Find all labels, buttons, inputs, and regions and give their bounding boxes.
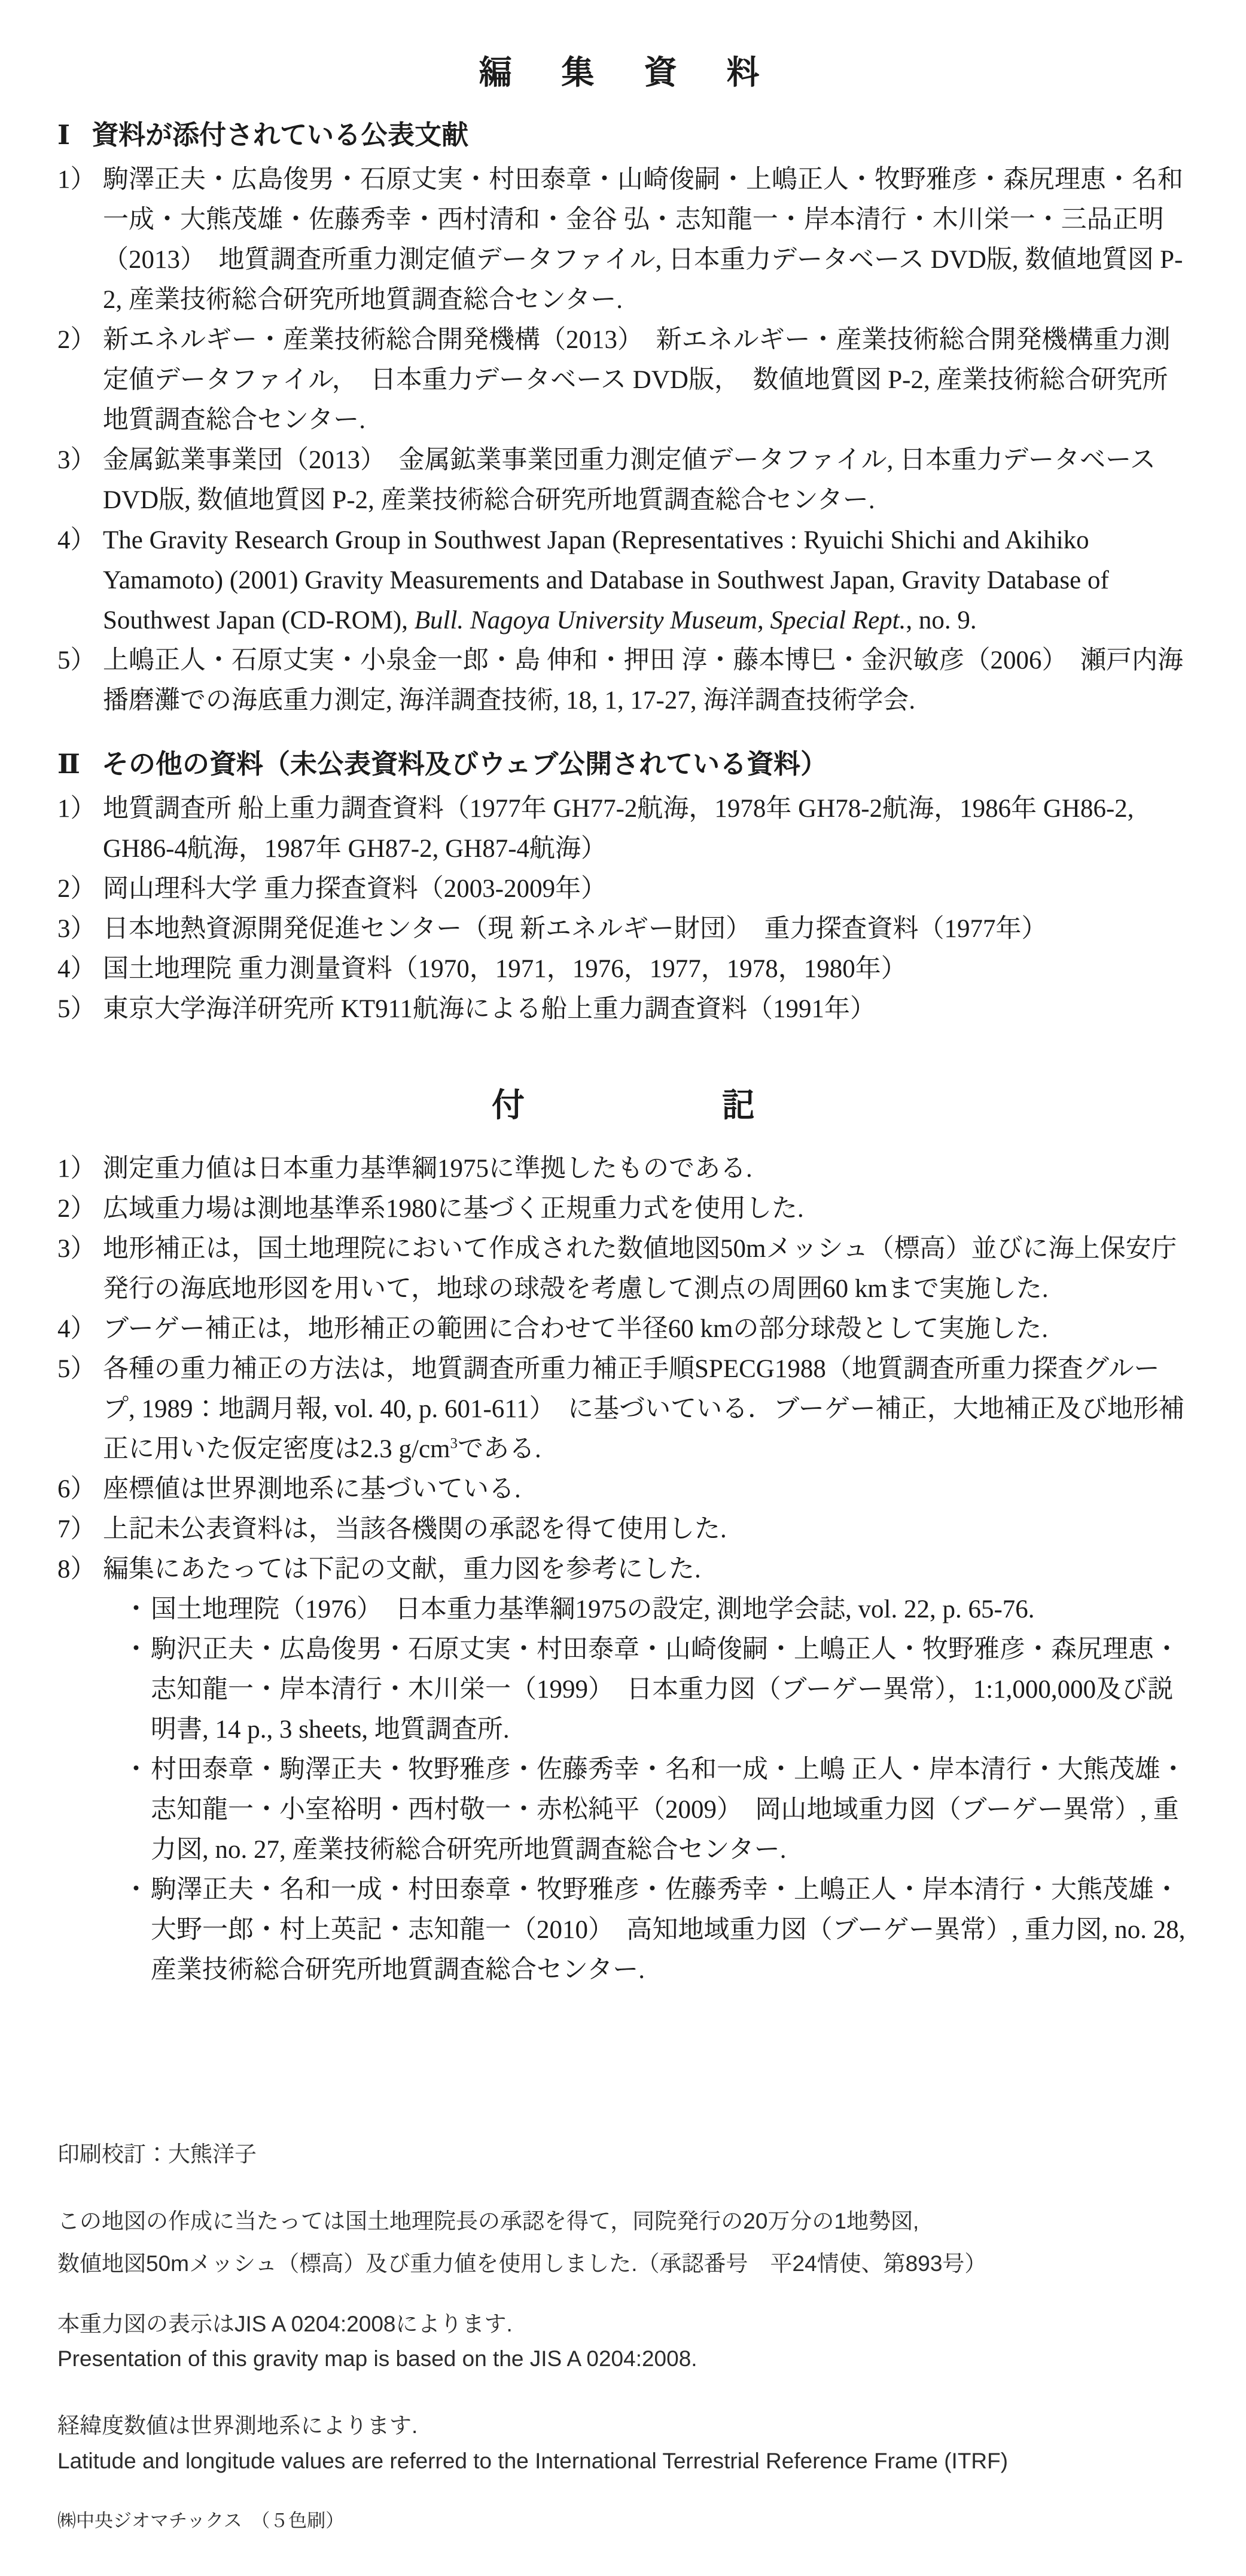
item-text: 岡山理科大学 重力探査資料（2003-2009年） [103, 875, 607, 903]
cited-reference-item: ・村田泰章・駒澤正夫・牧野雅彦・佐藤秀幸・名和一成・上嶋 正人・岸本清行・大熊茂… [123, 1750, 1189, 1870]
section2-heading: Ⅱその他の資料（未公表資料及びウェブ公開されている資料） [57, 748, 1189, 780]
item-text: 東京大学海洋研究所 KT911航海による船上重力調査資料（1991年） [103, 995, 876, 1023]
reference-item: 5）上嶋正人・石原丈実・小泉金一郎・島 伸和・押田 淳・藤本博巳・金沢敏彦（20… [57, 640, 1189, 721]
section-published-references: Ⅰ資料が添付されている公表文献 1）駒澤正夫・広島俊男・石原丈実・村田泰章・山崎… [57, 119, 1189, 721]
item-text: 国土地理院（1976） 日本重力基準綱1975の設定, 測地学会誌, vol. … [151, 1595, 1035, 1623]
item-text: 座標値は世界測地系に基づいている. [103, 1475, 521, 1503]
page-content: 編 集 資 料 Ⅰ資料が添付されている公表文献 1）駒澤正夫・広島俊男・石原丈実… [0, 0, 1246, 1990]
jis-note-japanese: 本重力図の表示はJIS A 0204:2008によります. [57, 2311, 1210, 2338]
item-marker: 5） [57, 989, 96, 1029]
note-item: 4）ブーゲー補正は，地形補正の範囲に合わせて半径60 kmの部分球殻として実施し… [57, 1309, 1189, 1349]
item-marker: ・ [123, 1750, 149, 1790]
proofreader-line: 印刷校訂：大熊洋子 [57, 2141, 1210, 2168]
note-item: 8）編集にあたっては下記の文献，重力図を参考にした. [57, 1549, 1189, 1589]
item-text: 日本地熱資源開発促進センター（現 新エネルギー財団） 重力探査資料（1977年） [103, 915, 1047, 943]
item-text: ブーゲー補正は，地形補正の範囲に合わせて半径60 kmの部分球殻として実施した. [103, 1315, 1048, 1343]
item-marker: 2） [57, 320, 96, 360]
note-item: 7）上記未公表資料は，当該各機関の承認を得て使用した. [57, 1509, 1189, 1549]
item-marker: 5） [57, 640, 96, 680]
appendix-title: 付 記 [57, 1086, 1189, 1124]
item-marker: 1） [57, 789, 96, 829]
item-text: 編集にあたっては下記の文献，重力図を参考にした. [103, 1555, 701, 1583]
item-marker: 6） [57, 1469, 96, 1509]
item-text: 新エネルギー・産業技術総合開発機構（2013） 新エネルギー・産業技術総合開発機… [103, 326, 1171, 434]
page-title: 編 集 資 料 [57, 54, 1189, 91]
item-marker: 5） [57, 1349, 96, 1389]
item-text: 地形補正は，国土地理院において作成された数値地図50mメッシュ（標高）並びに海上… [103, 1235, 1177, 1303]
item-text: 広域重力場は測地基準系1980に基づく正規重力式を使用した. [103, 1195, 804, 1223]
item-marker: 4） [57, 520, 96, 560]
item-marker: 8） [57, 1549, 96, 1589]
item-text: 金属鉱業事業団（2013） 金属鉱業事業団重力測定値データファイル, 日本重力デ… [103, 446, 1156, 514]
section2-material-list: 1）地質調査所 船上重力調査資料（1977年 GH77-2航海，1978年 GH… [57, 789, 1189, 1029]
item-marker: 2） [57, 1189, 96, 1229]
item-marker: 7） [57, 1509, 96, 1549]
section-appendix: 付 記 1）測定重力値は日本重力基準綱1975に準拠したものである.2）広域重力… [57, 1086, 1189, 1989]
item-marker: ・ [123, 1870, 149, 1910]
material-item: 2）岡山理科大学 重力探査資料（2003-2009年） [57, 869, 1189, 909]
reference-item: 1）駒澤正夫・広島俊男・石原丈実・村田泰章・山崎俊嗣・上嶋正人・牧野雅彦・森尻理… [57, 160, 1189, 320]
item-text: 村田泰章・駒澤正夫・牧野雅彦・佐藤秀幸・名和一成・上嶋 正人・岸本清行・大熊茂雄… [151, 1756, 1186, 1864]
item-marker: 2） [57, 869, 96, 909]
item-text: The Gravity Research Group in Southwest … [103, 526, 1109, 634]
reference-item: 2）新エネルギー・産業技術総合開発機構（2013） 新エネルギー・産業技術総合開… [57, 320, 1189, 440]
item-text: 測定重力値は日本重力基準綱1975に準拠したものである. [103, 1155, 753, 1183]
cited-reference-item: ・国土地理院（1976） 日本重力基準綱1975の設定, 測地学会誌, vol.… [123, 1589, 1189, 1629]
item-marker: ・ [123, 1589, 149, 1629]
material-item: 3）日本地熱資源開発促進センター（現 新エネルギー財団） 重力探査資料（1977… [57, 909, 1189, 949]
item-text: 駒澤正夫・広島俊男・石原丈実・村田泰章・山崎俊嗣・上嶋正人・牧野雅彦・森尻理恵・… [103, 166, 1183, 314]
item-marker: 1） [57, 160, 96, 200]
section1-reference-list: 1）駒澤正夫・広島俊男・石原丈実・村田泰章・山崎俊嗣・上嶋正人・牧野雅彦・森尻理… [57, 160, 1189, 721]
reference-item: 4）The Gravity Research Group in Southwes… [57, 520, 1189, 640]
item-marker: 3） [57, 440, 96, 480]
item-marker: 3） [57, 909, 96, 949]
section-other-materials: Ⅱその他の資料（未公表資料及びウェブ公開されている資料） 1）地質調査所 船上重… [57, 748, 1189, 1029]
note-item: 5）各種の重力補正の方法は，地質調査所重力補正手順SPECG1988（地質調査所… [57, 1349, 1189, 1469]
appendix-reference-list: ・国土地理院（1976） 日本重力基準綱1975の設定, 測地学会誌, vol.… [57, 1589, 1189, 1990]
item-text: 上記未公表資料は，当該各機関の承認を得て使用した. [103, 1515, 727, 1543]
item-text: 国土地理院 重力測量資料（1970，1971，1976，1977，1978，19… [103, 955, 907, 983]
item-text: 駒澤正夫・名和一成・村田泰章・牧野雅彦・佐藤秀幸・上嶋正人・岸本清行・大熊茂雄・… [151, 1876, 1185, 1984]
appendix-note-list: 1）測定重力値は日本重力基準綱1975に準拠したものである.2）広域重力場は測地… [57, 1149, 1189, 1589]
item-text: 地質調査所 船上重力調査資料（1977年 GH77-2航海，1978年 GH78… [103, 795, 1134, 863]
section1-heading: Ⅰ資料が添付されている公表文献 [57, 119, 1189, 151]
item-marker: ・ [123, 1629, 149, 1669]
approval-line-1: この地図の作成に当たっては国土地理院長の承認を得て，同院発行の20万分の1地勢図… [57, 2208, 1210, 2235]
datum-note-english: Latitude and longitude values are referr… [57, 2447, 1210, 2475]
item-marker: 3） [57, 1229, 96, 1269]
item-text: 駒沢正夫・広島俊男・石原丈実・村田泰章・山崎俊嗣・上嶋正人・牧野雅彦・森尻理恵・… [151, 1635, 1180, 1744]
printer-line: ㈱中央ジオマチックス （５色刷） [57, 2510, 1210, 2533]
section1-number: Ⅰ [57, 120, 70, 150]
note-item: 2）広域重力場は測地基準系1980に基づく正規重力式を使用した. [57, 1189, 1189, 1229]
item-marker: 4） [57, 1309, 96, 1349]
cited-reference-item: ・駒澤正夫・名和一成・村田泰章・牧野雅彦・佐藤秀幸・上嶋正人・岸本清行・大熊茂雄… [123, 1870, 1189, 1990]
datum-note-japanese: 経緯度数値は世界測地系によります. [57, 2412, 1210, 2440]
material-item: 1）地質調査所 船上重力調査資料（1977年 GH77-2航海，1978年 GH… [57, 789, 1189, 869]
item-marker: 4） [57, 949, 96, 989]
approval-line-2: 数値地図50mメッシュ（標高）及び重力値を使用しました.（承認番号 平24情使、… [57, 2250, 1210, 2278]
section1-heading-text: 資料が添付されている公表文献 [92, 120, 468, 150]
cited-reference-item: ・駒沢正夫・広島俊男・石原丈実・村田泰章・山崎俊嗣・上嶋正人・牧野雅彦・森尻理恵… [123, 1629, 1189, 1750]
section2-heading-text: その他の資料（未公表資料及びウェブ公開されている資料） [102, 749, 827, 779]
jis-note-english: Presentation of this gravity map is base… [57, 2345, 1210, 2373]
material-item: 4）国土地理院 重力測量資料（1970，1971，1976，1977，1978，… [57, 949, 1189, 989]
document-page: 編 集 資 料 Ⅰ資料が添付されている公表文献 1）駒澤正夫・広島俊男・石原丈実… [0, 0, 1246, 2576]
item-text: 上嶋正人・石原丈実・小泉金一郎・島 伸和・押田 淳・藤本博巳・金沢敏彦（2006… [103, 646, 1183, 715]
item-marker: 1） [57, 1149, 96, 1189]
material-item: 5）東京大学海洋研究所 KT911航海による船上重力調査資料（1991年） [57, 989, 1189, 1029]
reference-item: 3）金属鉱業事業団（2013） 金属鉱業事業団重力測定値データファイル, 日本重… [57, 440, 1189, 520]
note-item: 6）座標値は世界測地系に基づいている. [57, 1469, 1189, 1509]
colophon: 印刷校訂：大熊洋子 この地図の作成に当たっては国土地理院長の承認を得て，同院発行… [57, 2141, 1210, 2533]
note-item: 1）測定重力値は日本重力基準綱1975に準拠したものである. [57, 1149, 1189, 1189]
note-item: 3）地形補正は，国土地理院において作成された数値地図50mメッシュ（標高）並びに… [57, 1229, 1189, 1309]
section2-number: Ⅱ [57, 749, 80, 779]
item-text: 各種の重力補正の方法は，地質調査所重力補正手順SPECG1988（地質調査所重力… [103, 1355, 1184, 1463]
